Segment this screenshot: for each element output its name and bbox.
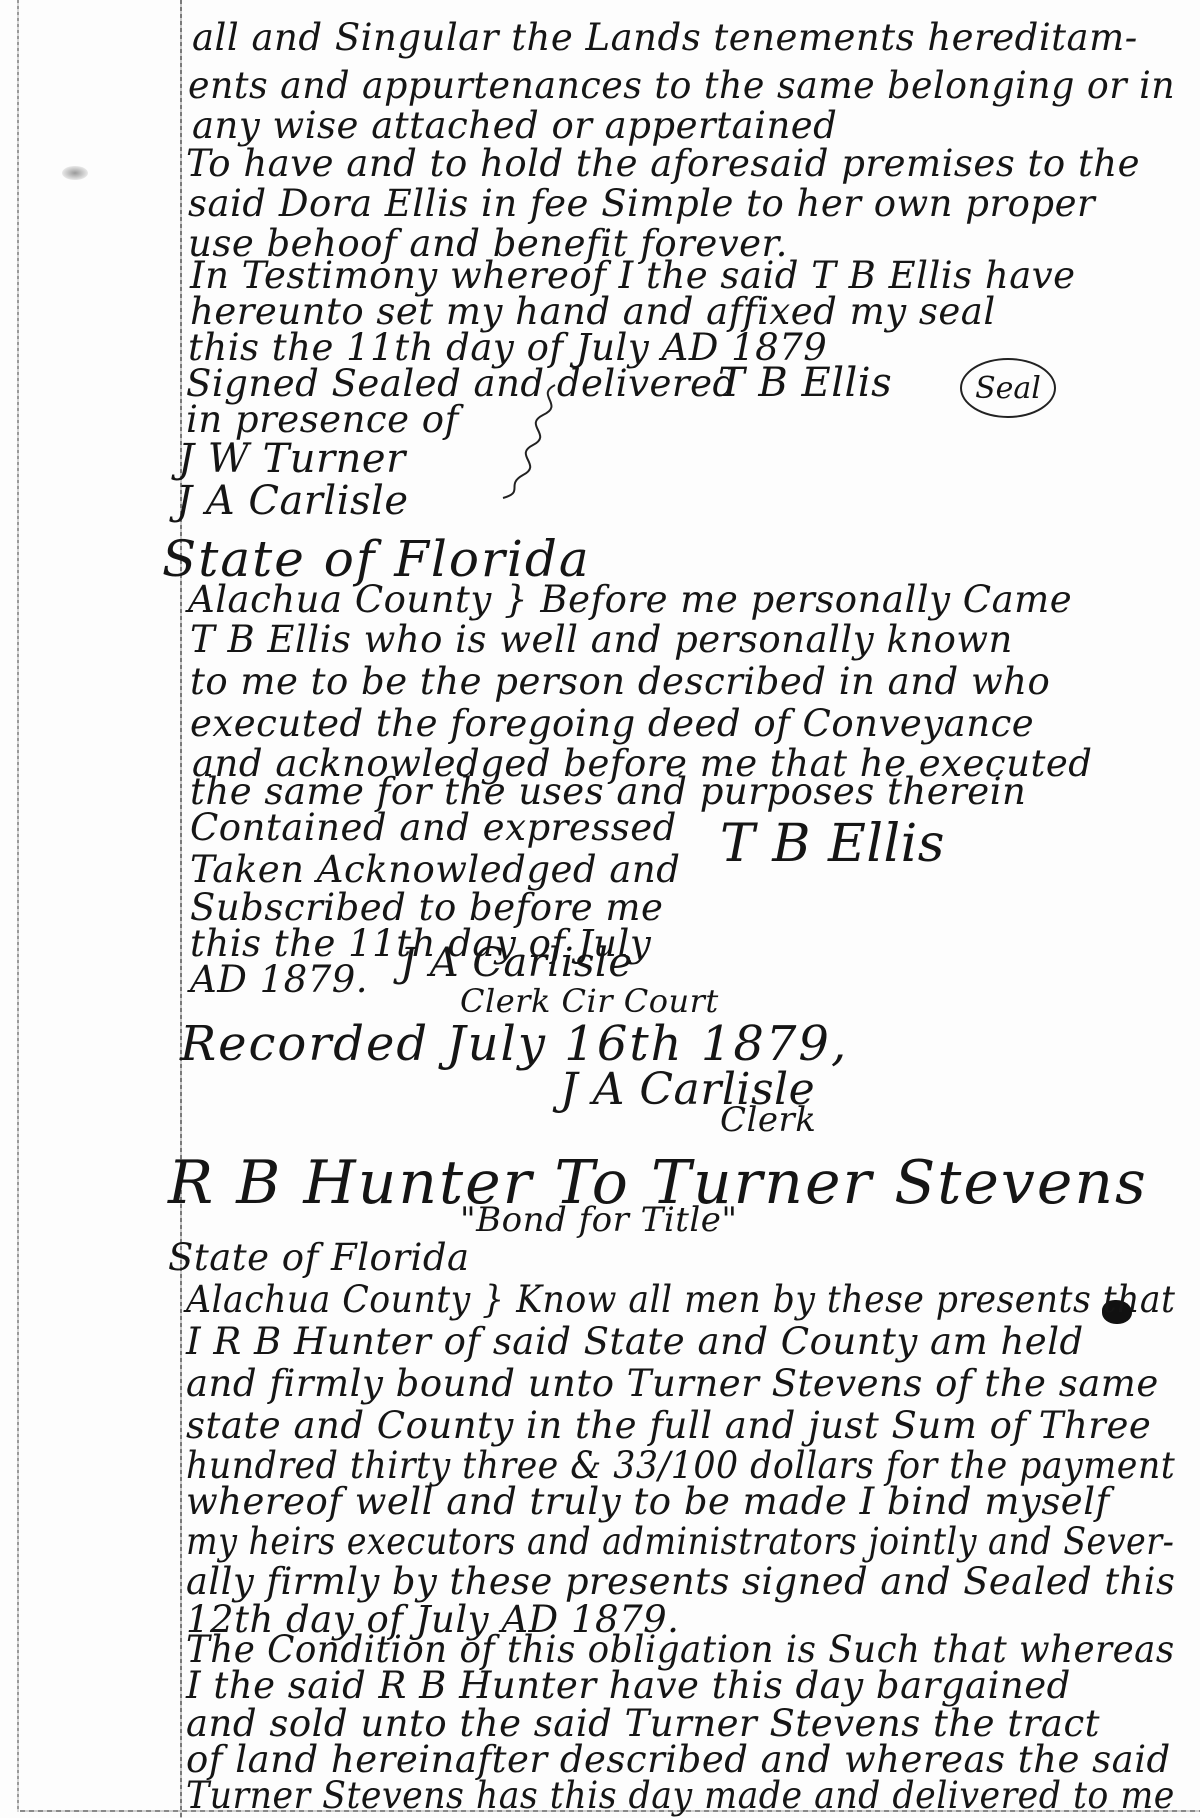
text-line: executed the foregoing deed of Conveyanc… [190, 702, 1034, 745]
text-line: to me to be the person described in and … [190, 660, 1050, 703]
text-line: my heirs executors and administrators jo… [186, 1520, 1174, 1563]
text-line: Turner Stevens has this day made and del… [186, 1774, 1175, 1817]
signature-grantor: T B Ellis [720, 814, 945, 874]
signature-grantor: T B Ellis [718, 360, 892, 406]
officer-title: Clerk Cir Court [460, 982, 719, 1020]
text-line: state and County in the full and just Su… [186, 1404, 1151, 1447]
text-line: in presence of [186, 398, 459, 441]
text-line: said Dora Ellis in fee Simple to her own… [188, 182, 1095, 225]
text-line: T B Ellis who is well and personally kno… [190, 618, 1013, 661]
officer-signature: J A Carlisle [400, 940, 633, 986]
margin-rule [180, 0, 182, 1818]
recorder-title: Clerk [720, 1100, 816, 1140]
text-line: Alachua County } Know all men by these p… [186, 1278, 1175, 1321]
text-line: Contained and expressed [190, 806, 677, 849]
margin-smudge [62, 166, 88, 180]
text-line: whereof well and truly to be made I bind… [186, 1480, 1110, 1523]
document-page: all and Singular the Lands tenements her… [0, 0, 1200, 1818]
page-edge [17, 0, 19, 1812]
flourish-icon [495, 380, 565, 500]
section-subheading: "Bond for Title" [460, 1200, 738, 1240]
text-line: all and Singular the Lands tenements her… [192, 16, 1138, 59]
state-heading: State of Florida [168, 1236, 470, 1279]
text-line: To have and to hold the aforesaid premis… [186, 142, 1140, 185]
text-line: ally firmly by these presents signed and… [186, 1560, 1175, 1603]
text-line: any wise attached or appertained [192, 104, 837, 147]
text-line: Taken Acknowledged and [190, 848, 680, 891]
text-line: ents and appurtenances to the same belon… [188, 64, 1175, 107]
witness-signature: J A Carlisle [176, 478, 409, 524]
text-line: and firmly bound unto Turner Stevens of … [186, 1362, 1159, 1405]
text-line: I the said R B Hunter have this day barg… [186, 1664, 1071, 1707]
text-line: AD 1879. [190, 958, 368, 1001]
text-line: I R B Hunter of said State and County am… [186, 1320, 1084, 1363]
witness-signature: J W Turner [178, 436, 406, 482]
seal-mark: Seal [960, 358, 1056, 418]
text-line: Alachua County } Before me personally Ca… [188, 578, 1072, 621]
